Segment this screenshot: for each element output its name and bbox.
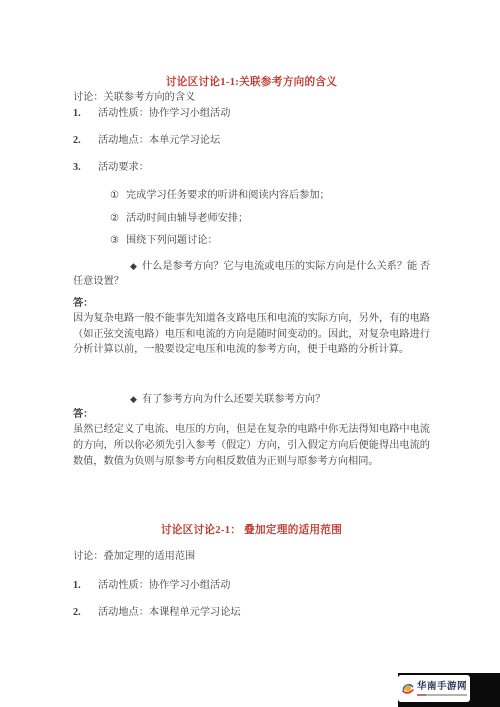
document-body: 讨论区讨论1-1:关联参考方向的含义 讨论：关联参考方向的含义 1. 活动性质：…	[73, 75, 430, 620]
site-url-line	[417, 694, 467, 697]
answer-text: 因为复杂电路一般不能事先知道各支路电压和电流的实际方向，另外，有的电路（如正弦交…	[73, 311, 430, 358]
item-text: 活动地点：本单元学习论坛	[98, 133, 220, 148]
circled-item: ③ 围绕下列问题讨论：	[73, 233, 430, 248]
circled-number: ③	[110, 233, 126, 248]
circled-number: ①	[110, 188, 126, 203]
question-answer-block: ◆有了参考方向为什么还要关联参考方向？ 答： 虽然已经定义了电流、电压的方向，但…	[73, 392, 430, 469]
answer-label: 答：	[73, 407, 430, 422]
item-text: 围绕下列问题讨论：	[126, 233, 218, 248]
question-answer-block: ◆什么是参考方向？它与电流或电压的实际方向是什么关系？能 否任意设置？ 答： 因…	[73, 259, 430, 358]
diamond-bullet-icon: ◆	[130, 261, 137, 271]
section-1-title: 讨论区讨论1-1:关联参考方向的含义	[73, 75, 430, 90]
diamond-bullet-icon: ◆	[130, 394, 137, 404]
section-1-topic: 讨论：关联参考方向的含义	[73, 90, 430, 105]
site-logo: 华南手游网	[398, 675, 470, 702]
item-number: 1.	[73, 106, 98, 121]
site-logo-text: 华南手游网	[417, 681, 467, 697]
discussion-question: ◆有了参考方向为什么还要关联参考方向？	[73, 392, 430, 407]
item-text: 活动地点：本课程单元学习论坛	[98, 605, 241, 620]
item-text: 完成学习任务要求的听讲和阅读内容后参加；	[126, 188, 330, 203]
item-text: 活动要求：	[98, 160, 149, 175]
section-2-topic: 讨论：叠加定理的适用范围	[73, 549, 430, 564]
watermark-badge: 华南手游网	[398, 673, 500, 707]
circled-number: ②	[110, 211, 126, 226]
item-number: 1.	[73, 578, 98, 593]
answer-label: 答：	[73, 296, 430, 311]
circled-item: ① 完成学习任务要求的听讲和阅读内容后参加；	[73, 188, 430, 203]
item-number: 3.	[73, 160, 98, 175]
item-text: 活动性质：协作学习小组活动	[98, 578, 230, 593]
numbered-item: 2. 活动地点：本课程单元学习论坛	[73, 605, 430, 620]
item-number: 2.	[73, 605, 98, 620]
discussion-question: ◆什么是参考方向？它与电流或电压的实际方向是什么关系？能 否任意设置？	[73, 259, 430, 289]
document-page: 讨论区讨论1-1:关联参考方向的含义 讨论：关联参考方向的含义 1. 活动性质：…	[0, 0, 500, 707]
numbered-item: 1. 活动性质：协作学习小组活动	[73, 578, 430, 593]
question-text: 什么是参考方向？它与电流或电压的实际方向是什么关系？能 否任意设置？	[73, 261, 430, 287]
item-text: 活动时间由辅导老师安排；	[126, 211, 248, 226]
numbered-item: 3. 活动要求：	[73, 160, 430, 175]
site-name: 华南手游网	[417, 681, 467, 692]
site-logo-icon	[401, 682, 415, 696]
circled-item: ② 活动时间由辅导老师安排；	[73, 211, 430, 226]
section-2-title: 讨论区讨论2-1： 叠加定理的适用范围	[73, 523, 430, 538]
numbered-item: 2. 活动地点：本单元学习论坛	[73, 133, 430, 148]
item-text: 活动性质：协作学习小组活动	[98, 106, 230, 121]
answer-text: 虽然已经定义了电流、电压的方向，但是在复杂的电路中你无法得知电路中电流的方向，所…	[73, 422, 430, 469]
item-number: 2.	[73, 133, 98, 148]
question-text: 有了参考方向为什么还要关联参考方向？	[142, 394, 325, 405]
numbered-item: 1. 活动性质：协作学习小组活动	[73, 106, 430, 121]
